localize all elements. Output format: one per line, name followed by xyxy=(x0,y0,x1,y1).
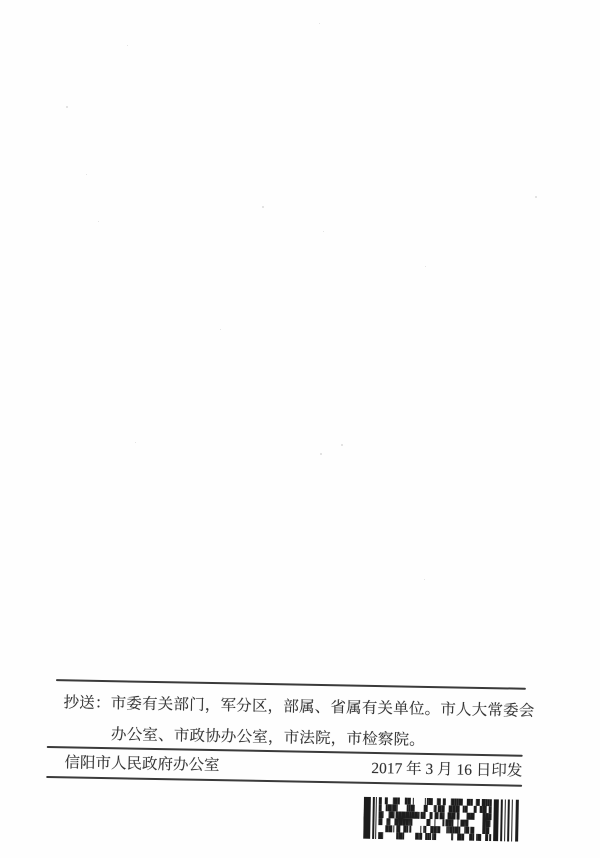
scan-speck xyxy=(98,221,99,222)
footer-block: 抄送：市委有关部门，军分区，部属、省属有关单位。市人大常委会 办公室、市政协办公… xyxy=(45,679,526,842)
scan-speck xyxy=(127,45,128,46)
scan-speck xyxy=(135,442,136,443)
scan-speck xyxy=(220,329,221,330)
scan-speck xyxy=(425,266,426,267)
scan-speck xyxy=(86,174,87,175)
issuer-name: 信阳市人民政府办公室 xyxy=(64,754,219,775)
scan-speck xyxy=(535,196,537,198)
barcode xyxy=(363,797,524,842)
scan-speck xyxy=(319,23,320,24)
scan-speck xyxy=(262,206,264,208)
scan-speck xyxy=(320,453,322,455)
cc-note-line-1: 抄送：市委有关部门，军分区，部属、省属有关单位。市人大常委会 xyxy=(47,694,525,721)
print-date: 2017 年 3 月 16 日印发 xyxy=(371,760,522,781)
scan-speck xyxy=(323,231,324,232)
separator-line-top xyxy=(56,679,526,690)
scan-speck xyxy=(341,444,343,446)
scanned-page: 抄送：市委有关部门，军分区，部属、省属有关单位。市人大常委会 办公室、市政协办公… xyxy=(0,0,600,858)
scan-speck xyxy=(424,579,425,580)
scan-speck xyxy=(66,106,68,108)
